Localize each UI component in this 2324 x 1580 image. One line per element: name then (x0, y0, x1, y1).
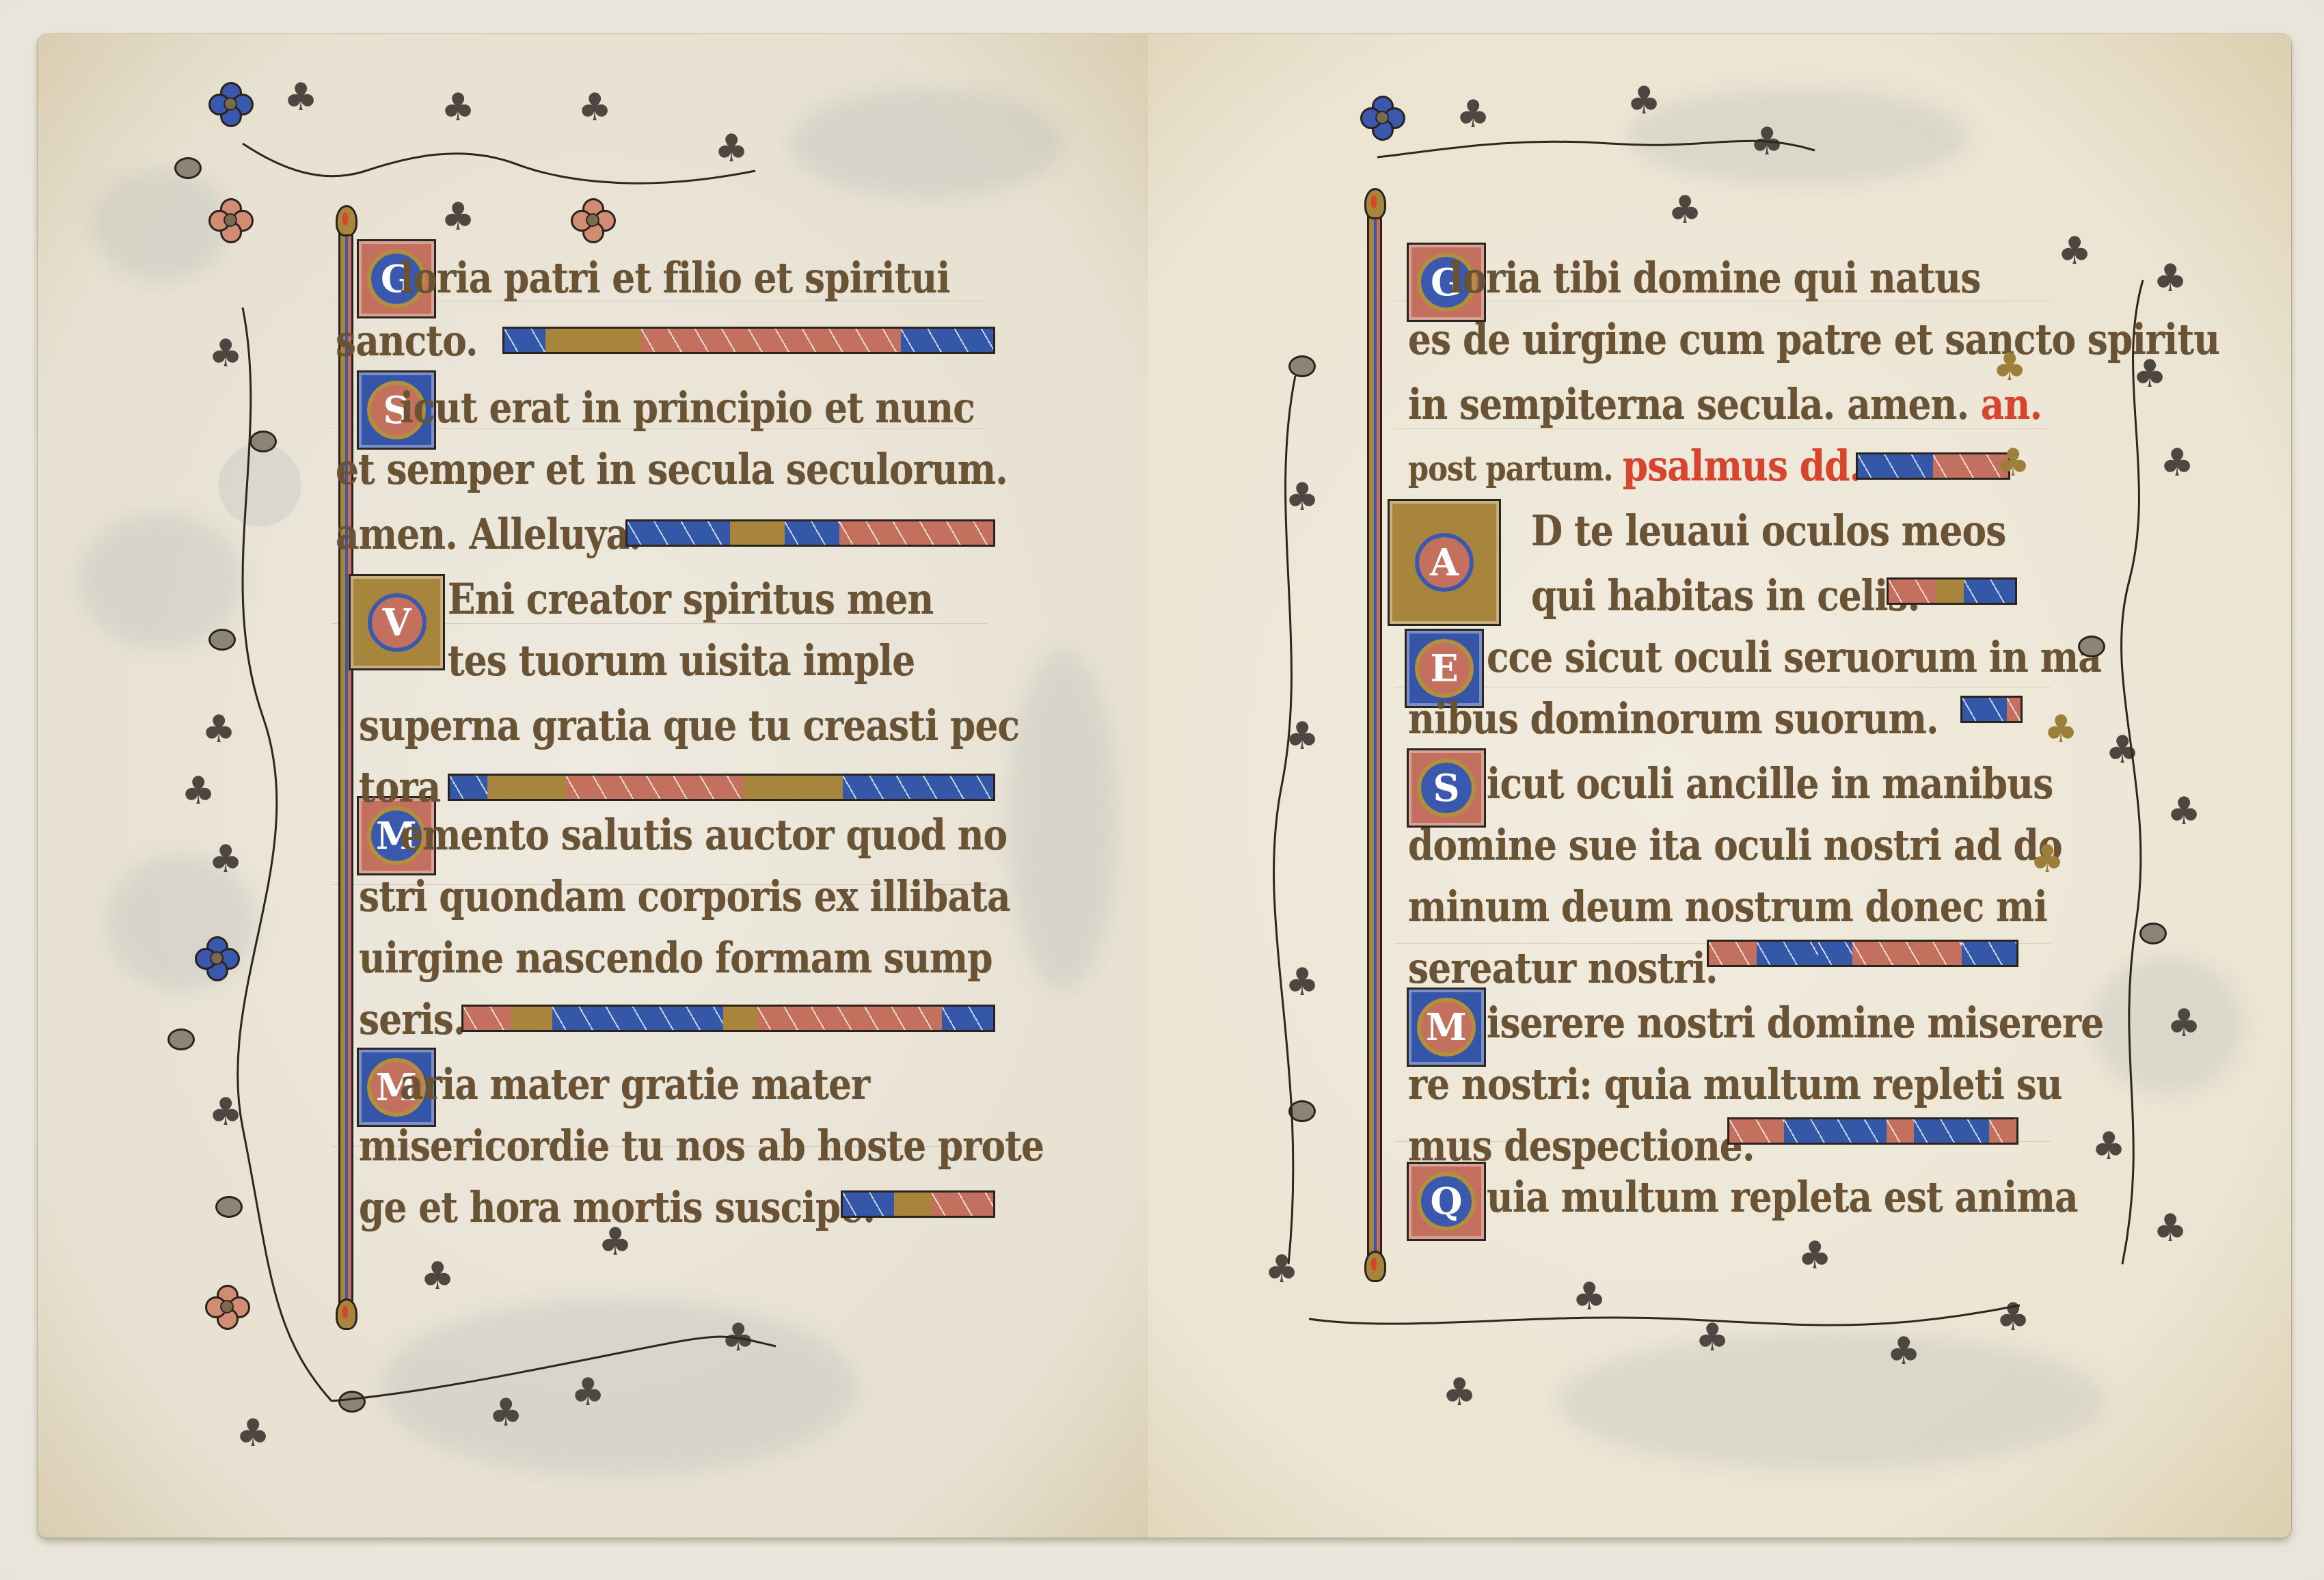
manuscript-bifolium: G S V M M loria patri et filio et spirit… (38, 34, 2291, 1538)
vine-tendrils (38, 34, 2291, 1538)
